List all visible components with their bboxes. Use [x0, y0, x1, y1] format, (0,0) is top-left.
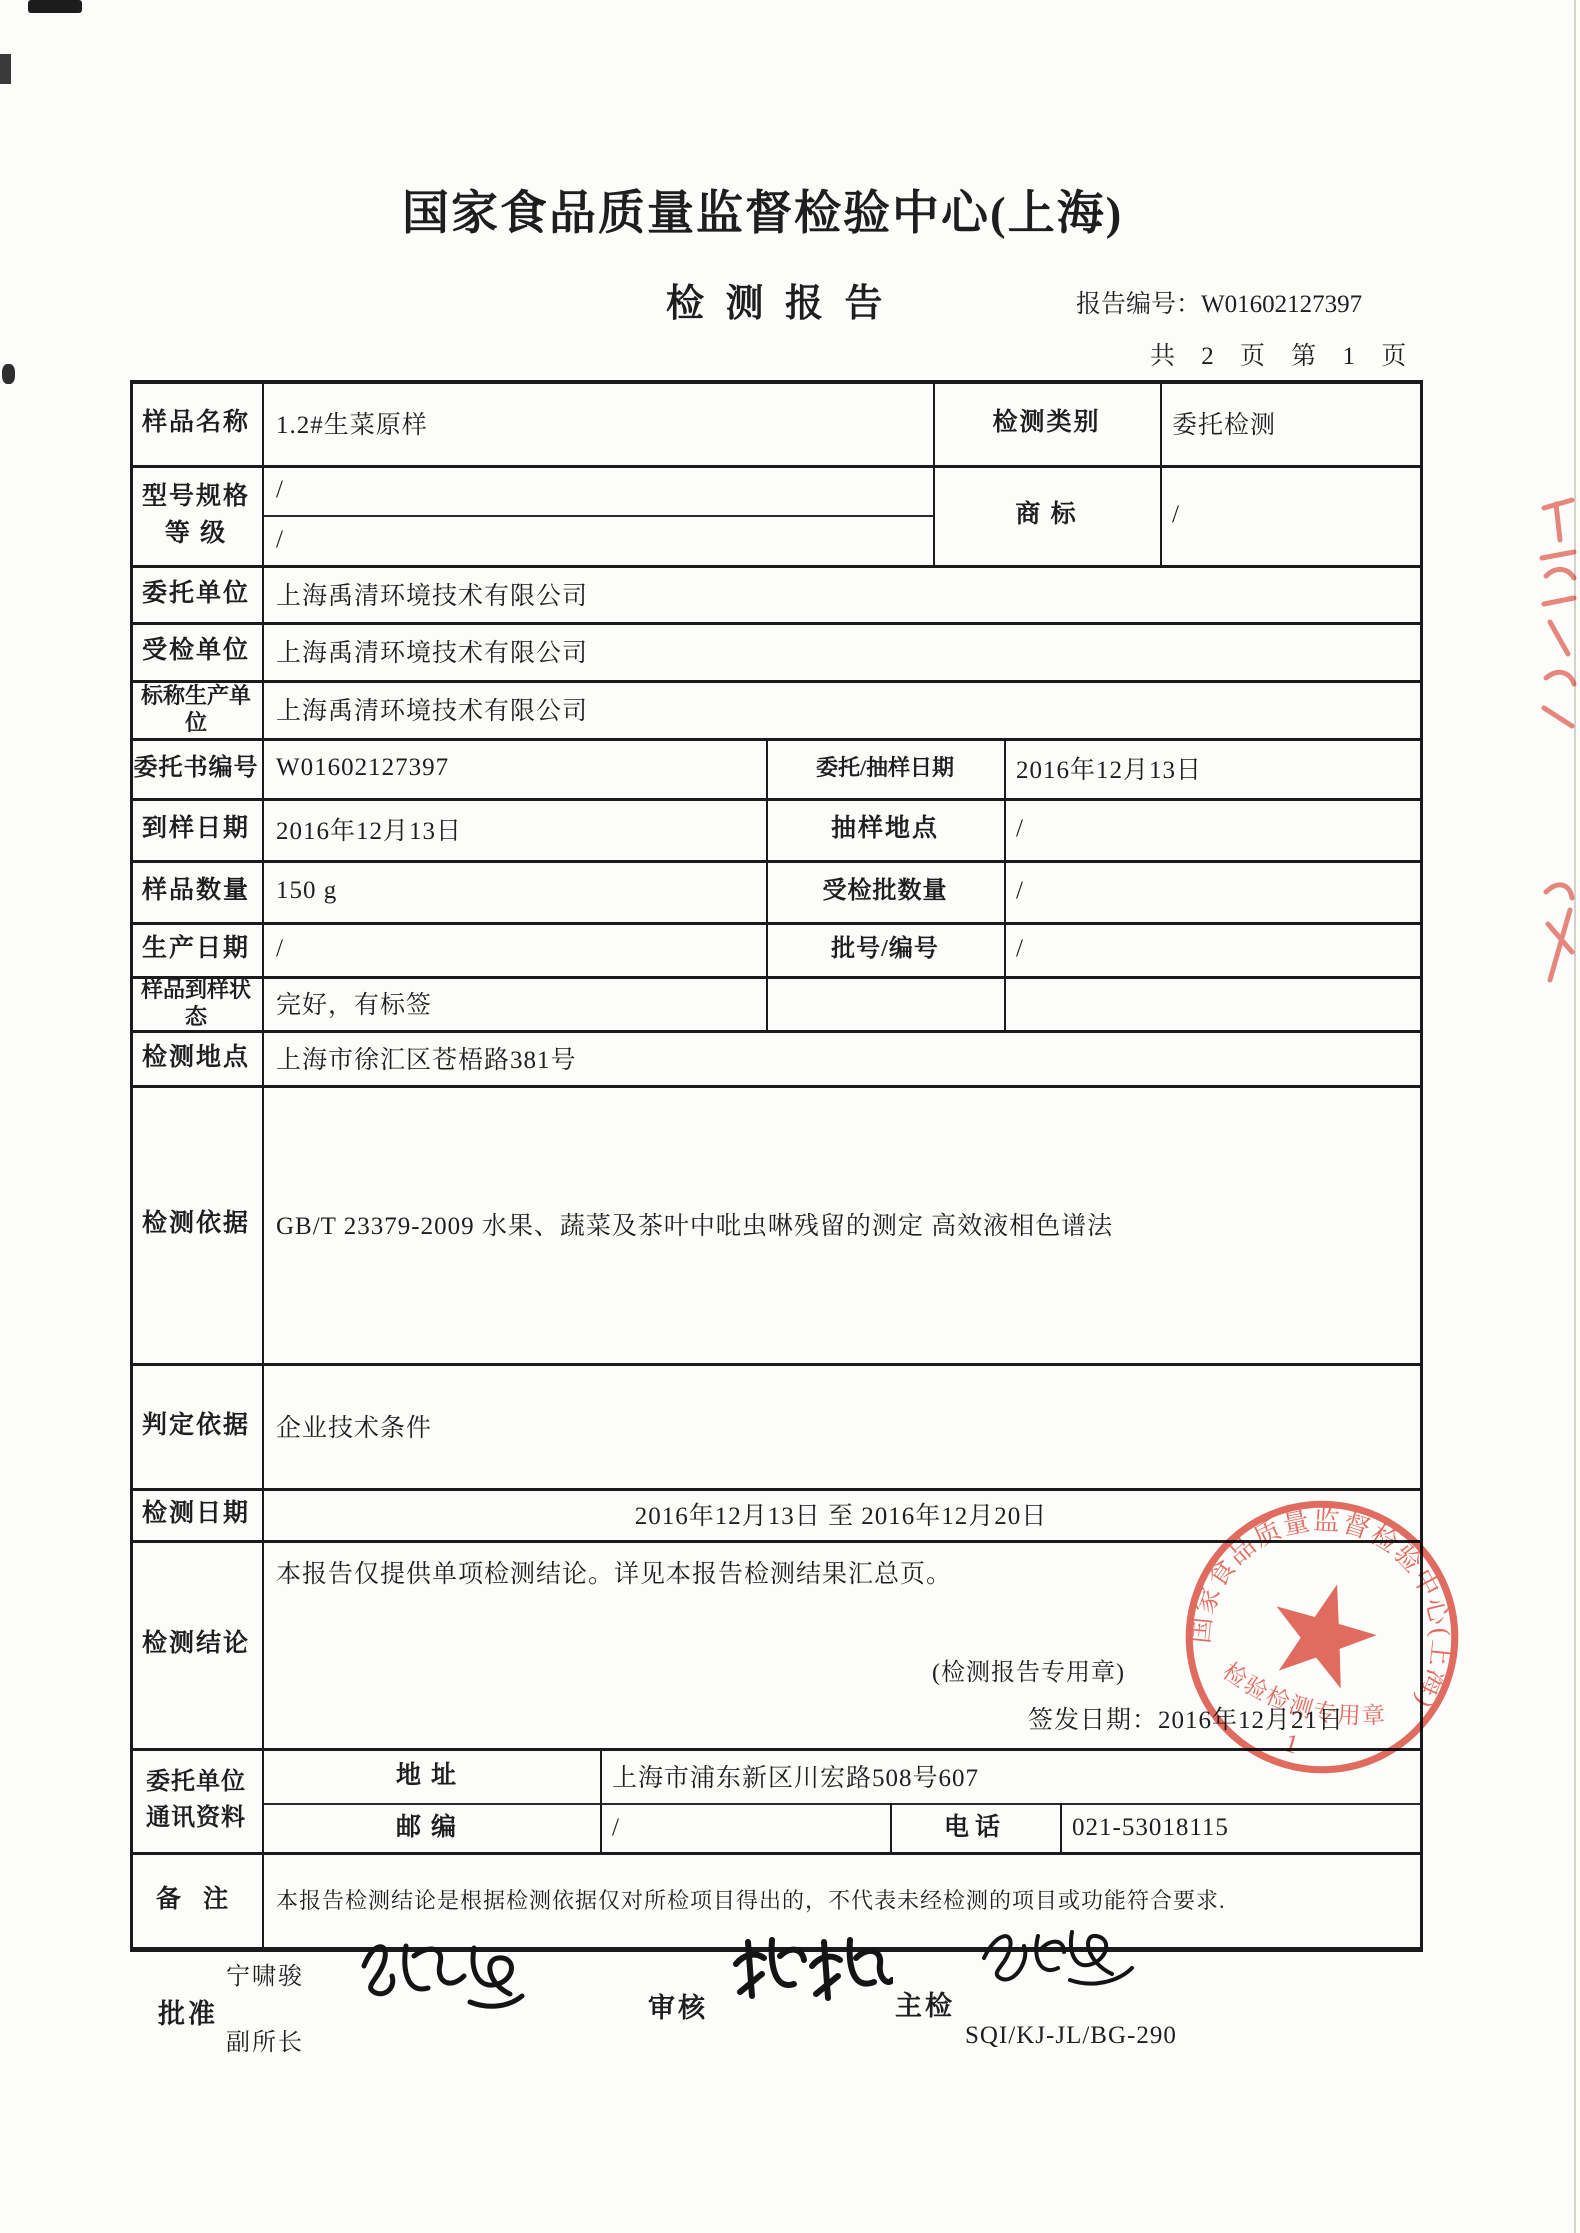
field-value-batch-no: /	[1016, 922, 1416, 976]
field-label-arrival-date: 到样日期	[132, 798, 260, 860]
stamp-inner-text: 检验检测专用章	[1213, 1655, 1395, 1745]
approver-signature	[350, 1932, 535, 2020]
reviewer-signature	[728, 1930, 893, 2018]
table-line	[262, 380, 264, 1947]
field-value-grade: /	[276, 515, 916, 565]
field-label-trademark: 商 标	[935, 465, 1158, 565]
review-label: 审核	[648, 1986, 708, 2025]
field-value-spec: /	[276, 465, 916, 515]
doc-title: 检 测 报 告	[666, 272, 889, 327]
field-label-zip: 邮编	[262, 1803, 600, 1852]
scan-smudge	[28, 0, 82, 13]
stamp-star-icon	[1260, 1570, 1387, 1694]
table-line	[600, 1748, 602, 1852]
field-value-client-unit: 上海禹清环境技术有限公司	[276, 565, 1276, 622]
field-label-conclusion: 检测结论	[132, 1540, 260, 1748]
field-value-trademark: /	[1172, 465, 1418, 565]
field-label-test-basis: 检测依据	[132, 1085, 260, 1363]
report-number: 报告编号：W01602127397	[1076, 284, 1362, 320]
field-label-spec-grade: 型号规格 等 级	[132, 465, 260, 565]
field-value-sample-qty: 150 g	[276, 860, 706, 922]
table-line	[1060, 1803, 1062, 1852]
field-label-phone: 电话	[890, 1803, 1060, 1852]
field-value-test-place: 上海市徐汇区苍梧路381号	[276, 1030, 1376, 1085]
field-label-test-category: 检测类别	[935, 380, 1158, 465]
page-edge-line	[1574, 0, 1576, 2233]
spec-label-line2: 等 级	[165, 518, 227, 549]
inspection-report-page: 国家食品质量监督检验中心(上海) 检 测 报 告 报告编号：W016021273…	[0, 0, 1580, 2233]
field-value-arrival-date: 2016年12月13日	[276, 798, 706, 860]
field-label-production-date: 生产日期	[132, 922, 260, 976]
field-label-producer-unit: 标称生产单位	[132, 680, 260, 738]
field-value-zip: /	[612, 1803, 872, 1852]
field-label-judge-basis: 判定依据	[132, 1363, 260, 1488]
field-label-batch-qty: 受检批数量	[768, 860, 1002, 922]
approve-label: 批准	[158, 1992, 218, 2031]
issue-date-label: 签发日期：	[1028, 1700, 1158, 1736]
approver-title: 副所长	[226, 2022, 304, 2057]
field-value-sampling-place: /	[1016, 798, 1416, 860]
svg-text:检验检测专用章: 检验检测专用章	[1213, 1655, 1395, 1745]
page-info: 共 2 页 第 1 页	[1150, 336, 1411, 372]
field-label-remark: 备 注	[132, 1852, 260, 1947]
field-value-commission-date: 2016年12月13日	[1016, 738, 1416, 798]
field-label-inspected-unit: 受检单位	[132, 622, 260, 680]
field-value-inspected-unit: 上海禹清环境技术有限公司	[276, 622, 1276, 680]
field-label-test-place: 检测地点	[132, 1030, 260, 1085]
field-value-conclusion: 本报告仅提供单项检测结论。详见本报告检测结果汇总页。	[276, 1550, 1176, 1594]
field-value-test-category: 委托检测	[1172, 380, 1418, 465]
field-value-producer-unit: 上海禹清环境技术有限公司	[276, 680, 1276, 738]
field-value-test-basis: GB/T 23379-2009 水果、蔬菜及茶叶中吡虫啉残留的测定 高效液相色谱…	[276, 1085, 1406, 1363]
field-value-commission-no: W01602127397	[276, 738, 706, 798]
table-line	[1160, 380, 1162, 565]
field-label-sample-name: 样品名称	[132, 380, 260, 465]
field-label-client-unit: 委托单位	[132, 565, 260, 622]
field-label-sample-qty: 样品数量	[132, 860, 260, 922]
stamp-fragment	[1540, 876, 1580, 1006]
chief-label: 主检	[895, 1984, 955, 2023]
field-label-sample-status: 样品到样状态	[132, 976, 260, 1030]
field-label-commission-no: 委托书编号	[132, 738, 260, 798]
field-value-production-date: /	[276, 922, 706, 976]
official-seal-stamp: 国家食品质量监督检验中心(上海) 检验检测专用章 1	[1170, 1485, 1474, 1789]
field-label-test-date: 检测日期	[132, 1488, 260, 1540]
field-label-contact: 委托单位 通讯资料	[132, 1748, 260, 1852]
chief-signature	[972, 1918, 1142, 1998]
field-value-judge-basis: 企业技术条件	[276, 1363, 1376, 1488]
field-label-address: 地址	[262, 1748, 600, 1803]
doc-code: SQI/KJ-JL/BG-290	[965, 2022, 1177, 2050]
field-value-phone: 021-53018115	[1072, 1803, 1412, 1852]
field-value-batch-qty: /	[1016, 860, 1416, 922]
report-number-value: W01602127397	[1201, 291, 1362, 318]
stamp-fragment	[1536, 496, 1580, 736]
stamp-number: 1	[1281, 1728, 1302, 1760]
approver-name: 宁啸骏	[226, 1956, 304, 1991]
field-label-commission-date: 委托/抽样日期	[768, 738, 1002, 798]
contact-label-line1: 委托单位	[146, 1767, 246, 1797]
scan-speck	[2, 364, 15, 384]
scan-smudge	[0, 54, 11, 84]
org-title: 国家食品质量监督检验中心(上海)	[402, 176, 1123, 243]
contact-label-line2: 通讯资料	[146, 1803, 246, 1833]
report-number-label: 报告编号：	[1076, 291, 1201, 318]
spec-label-line1: 型号规格	[142, 481, 250, 512]
field-label-sampling-place: 抽样地点	[768, 798, 1002, 860]
field-label-batch-no: 批号/编号	[768, 922, 1002, 976]
field-value-sample-status: 完好，有标签	[276, 976, 1376, 1030]
field-value-sample-name: 1.2#生菜原样	[276, 380, 916, 465]
